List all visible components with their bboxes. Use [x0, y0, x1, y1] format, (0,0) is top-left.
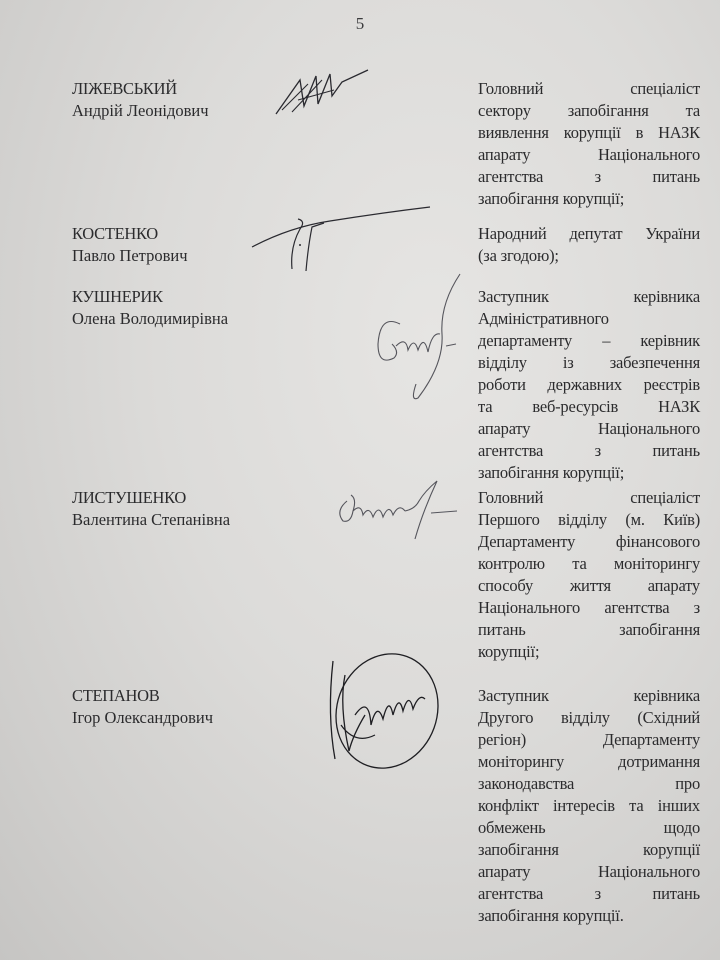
member-surname: КУШНЕРИК [72, 286, 228, 308]
position-line: (за згодою); [478, 245, 700, 267]
position-line: питань запобігання [478, 619, 700, 641]
position-line: Національного агентства з [478, 597, 700, 619]
position-line: Заступник керівника [478, 286, 700, 308]
position-line: та веб-ресурсів НАЗК [478, 396, 700, 418]
member-surname: СТЕПАНОВ [72, 685, 213, 707]
page-number: 5 [0, 14, 720, 34]
position-line: виявлення корупції в НАЗК [478, 122, 700, 144]
position-line: запобігання корупції [478, 839, 700, 861]
position-line: апарату Національного [478, 144, 700, 166]
member-surname: КОСТЕНКО [72, 223, 188, 245]
position-line: відділу із забезпечення [478, 352, 700, 374]
position-line: департаменту – керівник [478, 330, 700, 352]
member-surname: ЛИСТУШЕНКО [72, 487, 230, 509]
member-surname: ЛІЖЕВСЬКИЙ [72, 78, 209, 100]
position-line: роботи державних реєстрів [478, 374, 700, 396]
position-line: запобігання корупції; [478, 188, 700, 210]
member-given-names: Андрій Леонідович [72, 100, 209, 122]
member-name: СТЕПАНОВ Ігор Олександрович [72, 685, 213, 729]
member-given-names: Олена Володимирівна [72, 308, 228, 330]
position-line: Заступник керівника [478, 685, 700, 707]
position-line: Департаменту фінансового [478, 531, 700, 553]
member-position: Головний спеціаліст сектору запобігання … [478, 78, 700, 210]
position-line: запобігання корупції; [478, 462, 700, 484]
member-position: Головний спеціаліст Першого відділу (м. … [478, 487, 700, 663]
member-name: ЛИСТУШЕНКО Валентина Степанівна [72, 487, 230, 531]
member-given-names: Валентина Степанівна [72, 509, 230, 531]
position-line: обмежень щодо [478, 817, 700, 839]
position-line: контролю та моніторингу [478, 553, 700, 575]
position-line: апарату Національного [478, 418, 700, 440]
position-line: способу життя апарату [478, 575, 700, 597]
position-line: моніторингу дотримання [478, 751, 700, 773]
signature-icon [370, 274, 470, 409]
signature-icon [250, 207, 440, 282]
position-line: Народний депутат України [478, 223, 700, 245]
member-given-names: Павло Петрович [72, 245, 188, 267]
position-line: запобігання корупції. [478, 905, 700, 927]
position-line: регіон) Департаменту [478, 729, 700, 751]
signature-icon [272, 70, 382, 125]
signature-icon [305, 655, 445, 790]
member-position: Заступник керівника Адміністративного де… [478, 286, 700, 484]
member-given-names: Ігор Олександрович [72, 707, 213, 729]
position-line: Головний спеціаліст [478, 78, 700, 100]
member-position: Заступник керівника Другого відділу (Схі… [478, 685, 700, 927]
member-name: КОСТЕНКО Павло Петрович [72, 223, 188, 267]
position-line: агентства з питань [478, 440, 700, 462]
position-line: Першого відділу (м. Київ) [478, 509, 700, 531]
position-line: апарату Національного [478, 861, 700, 883]
position-line: Головний спеціаліст [478, 487, 700, 509]
position-line: сектору запобігання та [478, 100, 700, 122]
position-line: корупції; [478, 641, 700, 663]
position-line: Другого відділу (Східний [478, 707, 700, 729]
position-line: агентства з питань [478, 883, 700, 905]
position-line: законодавства про [478, 773, 700, 795]
member-name: КУШНЕРИК Олена Володимирівна [72, 286, 228, 330]
position-line: конфлікт інтересів та інших [478, 795, 700, 817]
member-name: ЛІЖЕВСЬКИЙ Андрій Леонідович [72, 78, 209, 122]
position-line: Адміністративного [478, 308, 700, 330]
position-line: агентства з питань [478, 166, 700, 188]
signature-icon [335, 481, 465, 546]
member-position: Народний депутат України (за згодою); [478, 223, 700, 267]
